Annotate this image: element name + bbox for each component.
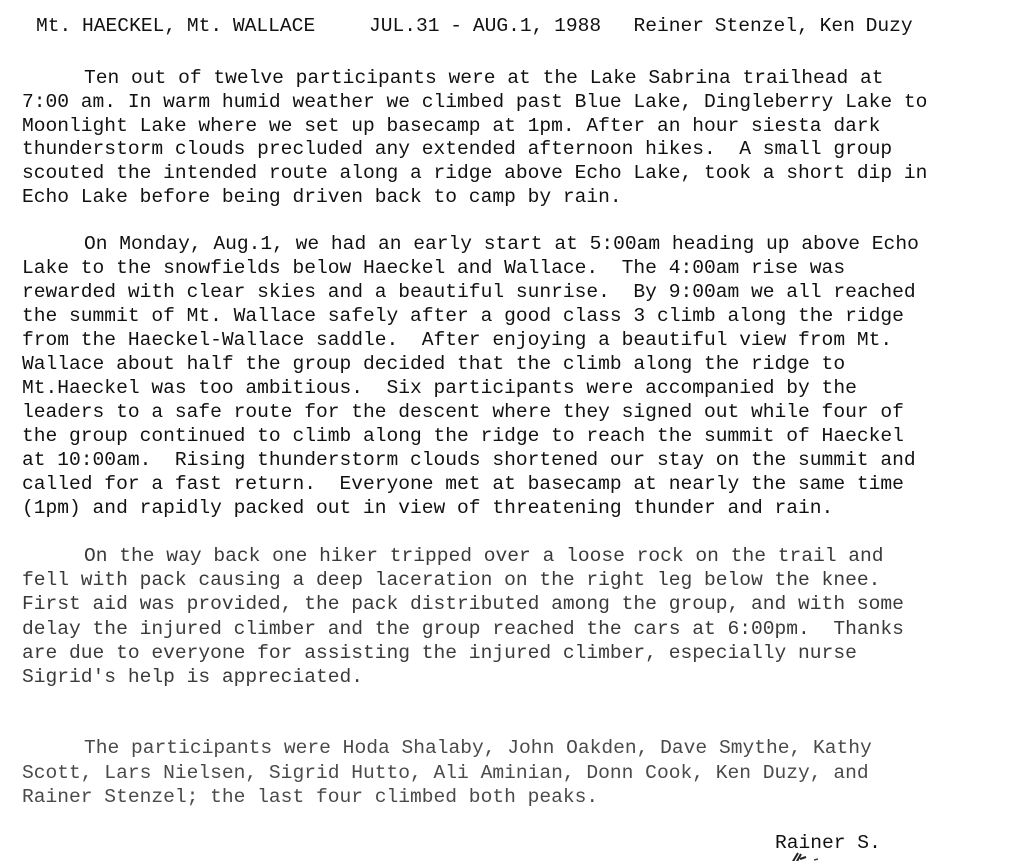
trip-report-page: Mt. HAECKEL, Mt. WALLACE JUL.31 - AUG.1,… [0,0,1012,861]
paragraph-3-line: On the way back one hiker tripped over a… [84,544,884,568]
paragraph-2-line: (1pm) and rapidly packed out in view of … [22,496,833,520]
paragraph-2-line: leaders to a safe route for the descent … [22,400,904,424]
header-dates: JUL.31 - AUG.1, 1988 [369,15,601,37]
header-peaks: Mt. HAECKEL, Mt. WALLACE [36,15,315,37]
paragraph-2-line: Mt.Haeckel was too ambitious. Six partic… [22,376,857,400]
paragraph-3-line: are due to everyone for assisting the in… [22,641,857,665]
paragraph-3-line: Sigrid's help is appreciated. [22,665,363,689]
paragraph-1-line: Echo Lake before being driven back to ca… [22,185,622,209]
paragraph-2-line: the summit of Mt. Wallace safely after a… [22,304,904,328]
report-header: Mt. HAECKEL, Mt. WALLACE JUL.31 - AUG.1,… [36,14,913,38]
paragraph-2-line: Wallace about half the group decided tha… [22,352,845,376]
paragraph-1-line: thunderstorm clouds precluded any extend… [22,137,892,161]
paragraph-2-line: at 10:00am. Rising thunderstorm clouds s… [22,448,916,472]
handwritten-signature-mark [786,851,826,861]
paragraph-4-line: The participants were Hoda Shalaby, John… [84,736,872,760]
paragraph-2-line: called for a fast return. Everyone met a… [22,472,904,496]
paragraph-2-line: the group continued to climb along the r… [22,424,904,448]
paragraph-1-line: 7:00 am. In warm humid weather we climbe… [22,90,927,114]
paragraph-2-line: On Monday, Aug.1, we had an early start … [84,232,919,256]
paragraph-4-line: Rainer Stenzel; the last four climbed bo… [22,785,598,809]
paragraph-2-line: Lake to the snowfields below Haeckel and… [22,256,845,280]
paragraph-1-line: Ten out of twelve participants were at t… [84,66,884,90]
paragraph-1-line: scouted the intended route along a ridge… [22,161,927,185]
paragraph-3-line: delay the injured climber and the group … [22,617,904,641]
paragraph-3-line: fell with pack causing a deep laceration… [22,568,880,592]
paragraph-2-line: from the Haeckel-Wallace saddle. After e… [22,328,892,352]
paragraph-4-line: Scott, Lars Nielsen, Sigrid Hutto, Ali A… [22,761,869,785]
paragraph-2-line: rewarded with clear skies and a beautifu… [22,280,916,304]
header-leaders: Reiner Stenzel, Ken Duzy [633,15,912,37]
paragraph-3-line: First aid was provided, the pack distrib… [22,592,904,616]
paragraph-1-line: Moonlight Lake where we set up basecamp … [22,114,880,138]
